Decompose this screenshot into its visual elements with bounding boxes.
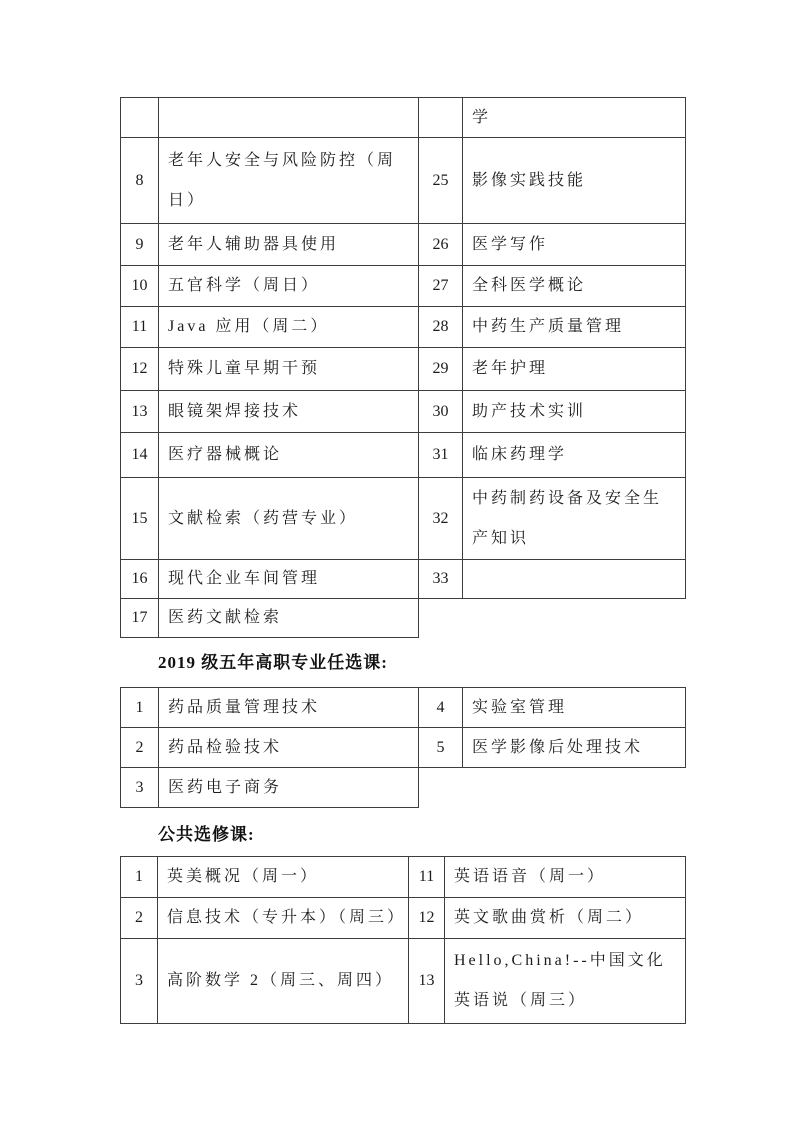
public-electives-table: 1 英美概况（周一） 11 英语语音（周一） 2 信息技术（专升本）（周三） 1…: [120, 856, 686, 1024]
course-number-cell: 8: [121, 138, 159, 224]
course-name-cell: 医药文献检索: [159, 599, 419, 638]
course-name-cell: 信息技术（专升本）（周三）: [158, 898, 409, 939]
course-number-cell: 10: [121, 266, 159, 307]
table-row: 12 特殊儿童早期干预 29 老年护理: [121, 348, 686, 391]
course-number-cell: 11: [121, 307, 159, 348]
course-table-continued: 学 8 老年人安全与风险防控（周 日） 25 影像实践技能 9 老年人辅助器具使…: [120, 97, 686, 638]
course-number-cell: 17: [121, 599, 159, 638]
course-number-cell: 28: [419, 307, 463, 348]
course-name-cell: 英文歌曲赏析（周二）: [445, 898, 686, 939]
section-heading-public-electives: 公共选修课:: [158, 822, 255, 848]
course-name-cell: 中药制药设备及安全生 产知识: [463, 478, 686, 560]
course-number-cell: 25: [419, 138, 463, 224]
course-number-cell: 3: [121, 768, 159, 808]
course-name-cell: 英语语音（周一）: [445, 857, 686, 898]
table-row: 16 现代企业车间管理 33: [121, 560, 686, 599]
course-number-cell: 1: [121, 688, 159, 728]
table-row: 3 医药电子商务: [121, 768, 686, 808]
course-name-cell: [159, 98, 419, 138]
course-number-cell: 5: [419, 728, 463, 768]
table-row: 13 眼镜架焊接技术 30 助产技术实训: [121, 391, 686, 433]
course-number-cell: 14: [121, 433, 159, 478]
course-name-cell: 医疗器械概论: [159, 433, 419, 478]
course-number-cell: 1: [121, 857, 158, 898]
course-number-cell: 9: [121, 224, 159, 266]
course-name-cell: 药品检验技术: [159, 728, 419, 768]
table-row: 2 药品检验技术 5 医学影像后处理技术: [121, 728, 686, 768]
course-name-cell: 中药生产质量管理: [463, 307, 686, 348]
course-number-cell: 29: [419, 348, 463, 391]
table-row: 15 文献检索（药营专业） 32 中药制药设备及安全生 产知识: [121, 478, 686, 560]
course-number-cell: 30: [419, 391, 463, 433]
course-number-cell: 13: [121, 391, 159, 433]
course-number-cell: 12: [409, 898, 445, 939]
course-number-cell: 4: [419, 688, 463, 728]
course-number-cell: 13: [409, 939, 445, 1024]
course-name-cell: 特殊儿童早期干预: [159, 348, 419, 391]
course-number-cell: [419, 98, 463, 138]
table-row: 1 英美概况（周一） 11 英语语音（周一）: [121, 857, 686, 898]
vocational-electives-table: 1 药品质量管理技术 4 实验室管理 2 药品检验技术 5 医学影像后处理技术 …: [120, 687, 686, 808]
course-name-cell: 医学写作: [463, 224, 686, 266]
course-name-cell: 老年人辅助器具使用: [159, 224, 419, 266]
course-name-cell: 影像实践技能: [463, 138, 686, 224]
course-name-cell: 医学影像后处理技术: [463, 728, 686, 768]
course-number-cell: 15: [121, 478, 159, 560]
course-number-cell: 31: [419, 433, 463, 478]
course-name-cell: 英美概况（周一）: [158, 857, 409, 898]
course-number-cell: [121, 98, 159, 138]
course-name-cell: 实验室管理: [463, 688, 686, 728]
table-row: 17 医药文献检索: [121, 599, 686, 638]
course-name-cell: 助产技术实训: [463, 391, 686, 433]
course-number-cell: 11: [409, 857, 445, 898]
course-number-cell: 27: [419, 266, 463, 307]
course-number-cell: 2: [121, 898, 158, 939]
course-name-cell: Hello,China!--中国文化 英语说（周三）: [445, 939, 686, 1024]
course-name-cell: 医药电子商务: [159, 768, 419, 808]
course-name-cell: 现代企业车间管理: [159, 560, 419, 599]
course-name-cell: 老年人安全与风险防控（周 日）: [159, 138, 419, 224]
course-name-cell: 药品质量管理技术: [159, 688, 419, 728]
document-page: 学 8 老年人安全与风险防控（周 日） 25 影像实践技能 9 老年人辅助器具使…: [0, 0, 793, 1122]
course-name-cell: 眼镜架焊接技术: [159, 391, 419, 433]
table-row: 8 老年人安全与风险防控（周 日） 25 影像实践技能: [121, 138, 686, 224]
empty-cell: [463, 768, 686, 808]
course-number-cell: 33: [419, 560, 463, 599]
course-name-cell: 高阶数学 2（周三、周四）: [158, 939, 409, 1024]
course-number-cell: 3: [121, 939, 158, 1024]
course-name-cell: 全科医学概论: [463, 266, 686, 307]
section-heading-vocational-electives: 2019 级五年高职专业任选课:: [158, 650, 388, 676]
course-number-cell: 2: [121, 728, 159, 768]
table-row: 10 五官科学（周日） 27 全科医学概论: [121, 266, 686, 307]
course-name-cell: 临床药理学: [463, 433, 686, 478]
table-row: 3 高阶数学 2（周三、周四） 13 Hello,China!--中国文化 英语…: [121, 939, 686, 1024]
course-name-cell: [463, 560, 686, 599]
course-name-cell: 学: [463, 98, 686, 138]
empty-cell: [419, 599, 463, 638]
table-row: 11 Java 应用（周二） 28 中药生产质量管理: [121, 307, 686, 348]
course-name-cell: 五官科学（周日）: [159, 266, 419, 307]
course-name-cell: 老年护理: [463, 348, 686, 391]
table-row: 9 老年人辅助器具使用 26 医学写作: [121, 224, 686, 266]
course-number-cell: 32: [419, 478, 463, 560]
table-row: 2 信息技术（专升本）（周三） 12 英文歌曲赏析（周二）: [121, 898, 686, 939]
course-name-cell: 文献检索（药营专业）: [159, 478, 419, 560]
table-row: 学: [121, 98, 686, 138]
table-row: 1 药品质量管理技术 4 实验室管理: [121, 688, 686, 728]
empty-cell: [419, 768, 463, 808]
table-row: 14 医疗器械概论 31 临床药理学: [121, 433, 686, 478]
course-number-cell: 26: [419, 224, 463, 266]
course-number-cell: 12: [121, 348, 159, 391]
course-name-cell: Java 应用（周二）: [159, 307, 419, 348]
empty-cell: [463, 599, 686, 638]
course-number-cell: 16: [121, 560, 159, 599]
